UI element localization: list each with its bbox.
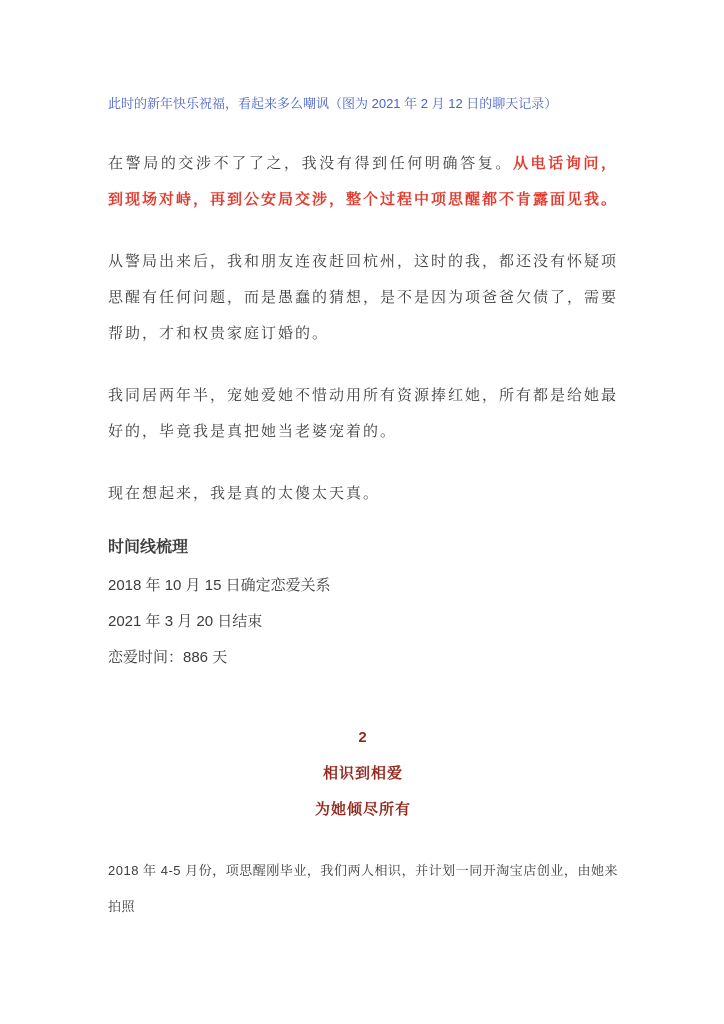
- paragraph-police-negotiation: 在警局的交涉不了了之，我没有得到任何明确答复。从电话询问，到现场对峙，再到公安局…: [108, 146, 618, 218]
- paragraph-normal-text: 在警局的交涉不了了之，我没有得到任何明确答复。: [108, 155, 513, 172]
- timeline-item-duration: 恋爱时间：886 天: [108, 640, 618, 676]
- paragraph-cohabitation: 我同居两年半，宠她爱她不惜动用所有资源捧红她，所有都是给她最好的，毕竟我是真把她…: [108, 378, 618, 450]
- timeline-heading: 时间线梳理: [108, 530, 618, 566]
- paragraph-return-hangzhou: 从警局出来后，我和朋友连夜赶回杭州，这时的我，都还没有怀疑项思醒有任何问题，而是…: [108, 244, 618, 352]
- document-page: 此时的新年快乐祝福，看起来多么嘲讽（图为 2021 年 2 月 12 日的聊天记…: [0, 0, 724, 1024]
- paragraph-first-meeting: 2018 年 4-5 月份，项思醒刚毕业，我们两人相识，并计划一同开淘宝店创业，…: [108, 853, 618, 925]
- chapter-title-line1: 相识到相爱: [108, 756, 618, 792]
- timeline-item-relationship-start: 2018 年 10 月 15 日确定恋爱关系: [108, 568, 618, 604]
- image-caption: 此时的新年快乐祝福，看起来多么嘲讽（图为 2021 年 2 月 12 日的聊天记…: [108, 94, 618, 114]
- paragraph-naive-reflection: 现在想起来，我是真的太傻太天真。: [108, 476, 618, 512]
- chapter-section-header: 2 相识到相爱 为她倾尽所有: [108, 720, 618, 828]
- timeline-item-relationship-end: 2021 年 3 月 20 日结束: [108, 604, 618, 640]
- chapter-title-line2: 为她倾尽所有: [108, 792, 618, 828]
- chapter-number: 2: [108, 720, 618, 756]
